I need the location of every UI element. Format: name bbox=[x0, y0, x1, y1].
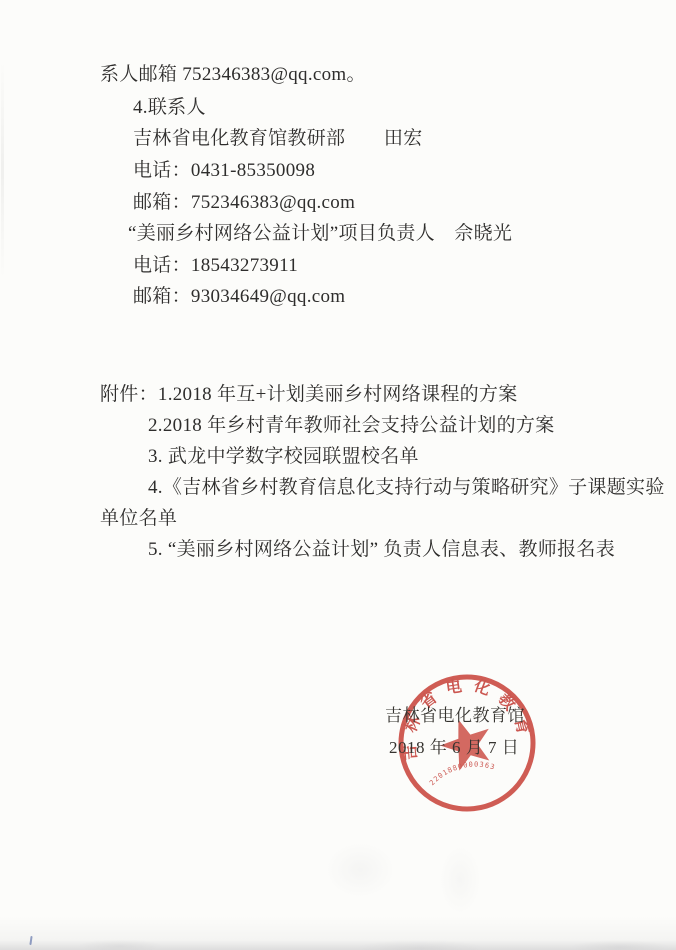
signature-org: 吉林省电化教育馆 bbox=[385, 701, 525, 726]
attachment-line: 单位名单 bbox=[100, 508, 177, 530]
contact-line: 系人邮箱 752346383@qq.com。 bbox=[100, 64, 366, 86]
signature-date: 2018 年 6 月 7 日 bbox=[389, 733, 519, 758]
scan-noise bbox=[300, 830, 520, 920]
document-page: 系人邮箱 752346383@qq.com。 4.联系人 吉林省电化教育馆教研部… bbox=[0, 0, 676, 950]
contact-line: 邮箱：752346383@qq.com bbox=[133, 192, 355, 214]
attachment-line: 5. “美丽乡村网络公益计划” 负责人信息表、教师报名表 bbox=[148, 539, 615, 561]
contact-line: 电话：18543273911 bbox=[133, 255, 298, 277]
contact-line: “美丽乡村网络公益计划”项目负责人 佘晓光 bbox=[128, 223, 512, 245]
scan-edge-shadow bbox=[0, 916, 676, 950]
contact-line: 邮箱：93034649@qq.com bbox=[133, 286, 345, 308]
contact-line: 电话：0431-85350098 bbox=[133, 160, 315, 182]
attachment-line: 2.2018 年乡村青年教师社会支持公益计划的方案 bbox=[148, 415, 555, 437]
attachment-line: 4.《吉林省乡村教育信息化支持行动与策略研究》子课题实验 bbox=[148, 477, 665, 499]
seal-code-arc: 2201880000363 bbox=[426, 758, 498, 788]
attachment-line: 附件：1.2018 年互+计划美丽乡村网络课程的方案 bbox=[100, 384, 518, 406]
contact-line: 4.联系人 bbox=[133, 97, 206, 119]
scan-streak bbox=[1, 60, 4, 280]
attachment-line: 3. 武龙中学数字校园联盟校名单 bbox=[148, 446, 419, 468]
contact-line: 吉林省电化教育馆教研部 田宏 bbox=[133, 128, 423, 150]
